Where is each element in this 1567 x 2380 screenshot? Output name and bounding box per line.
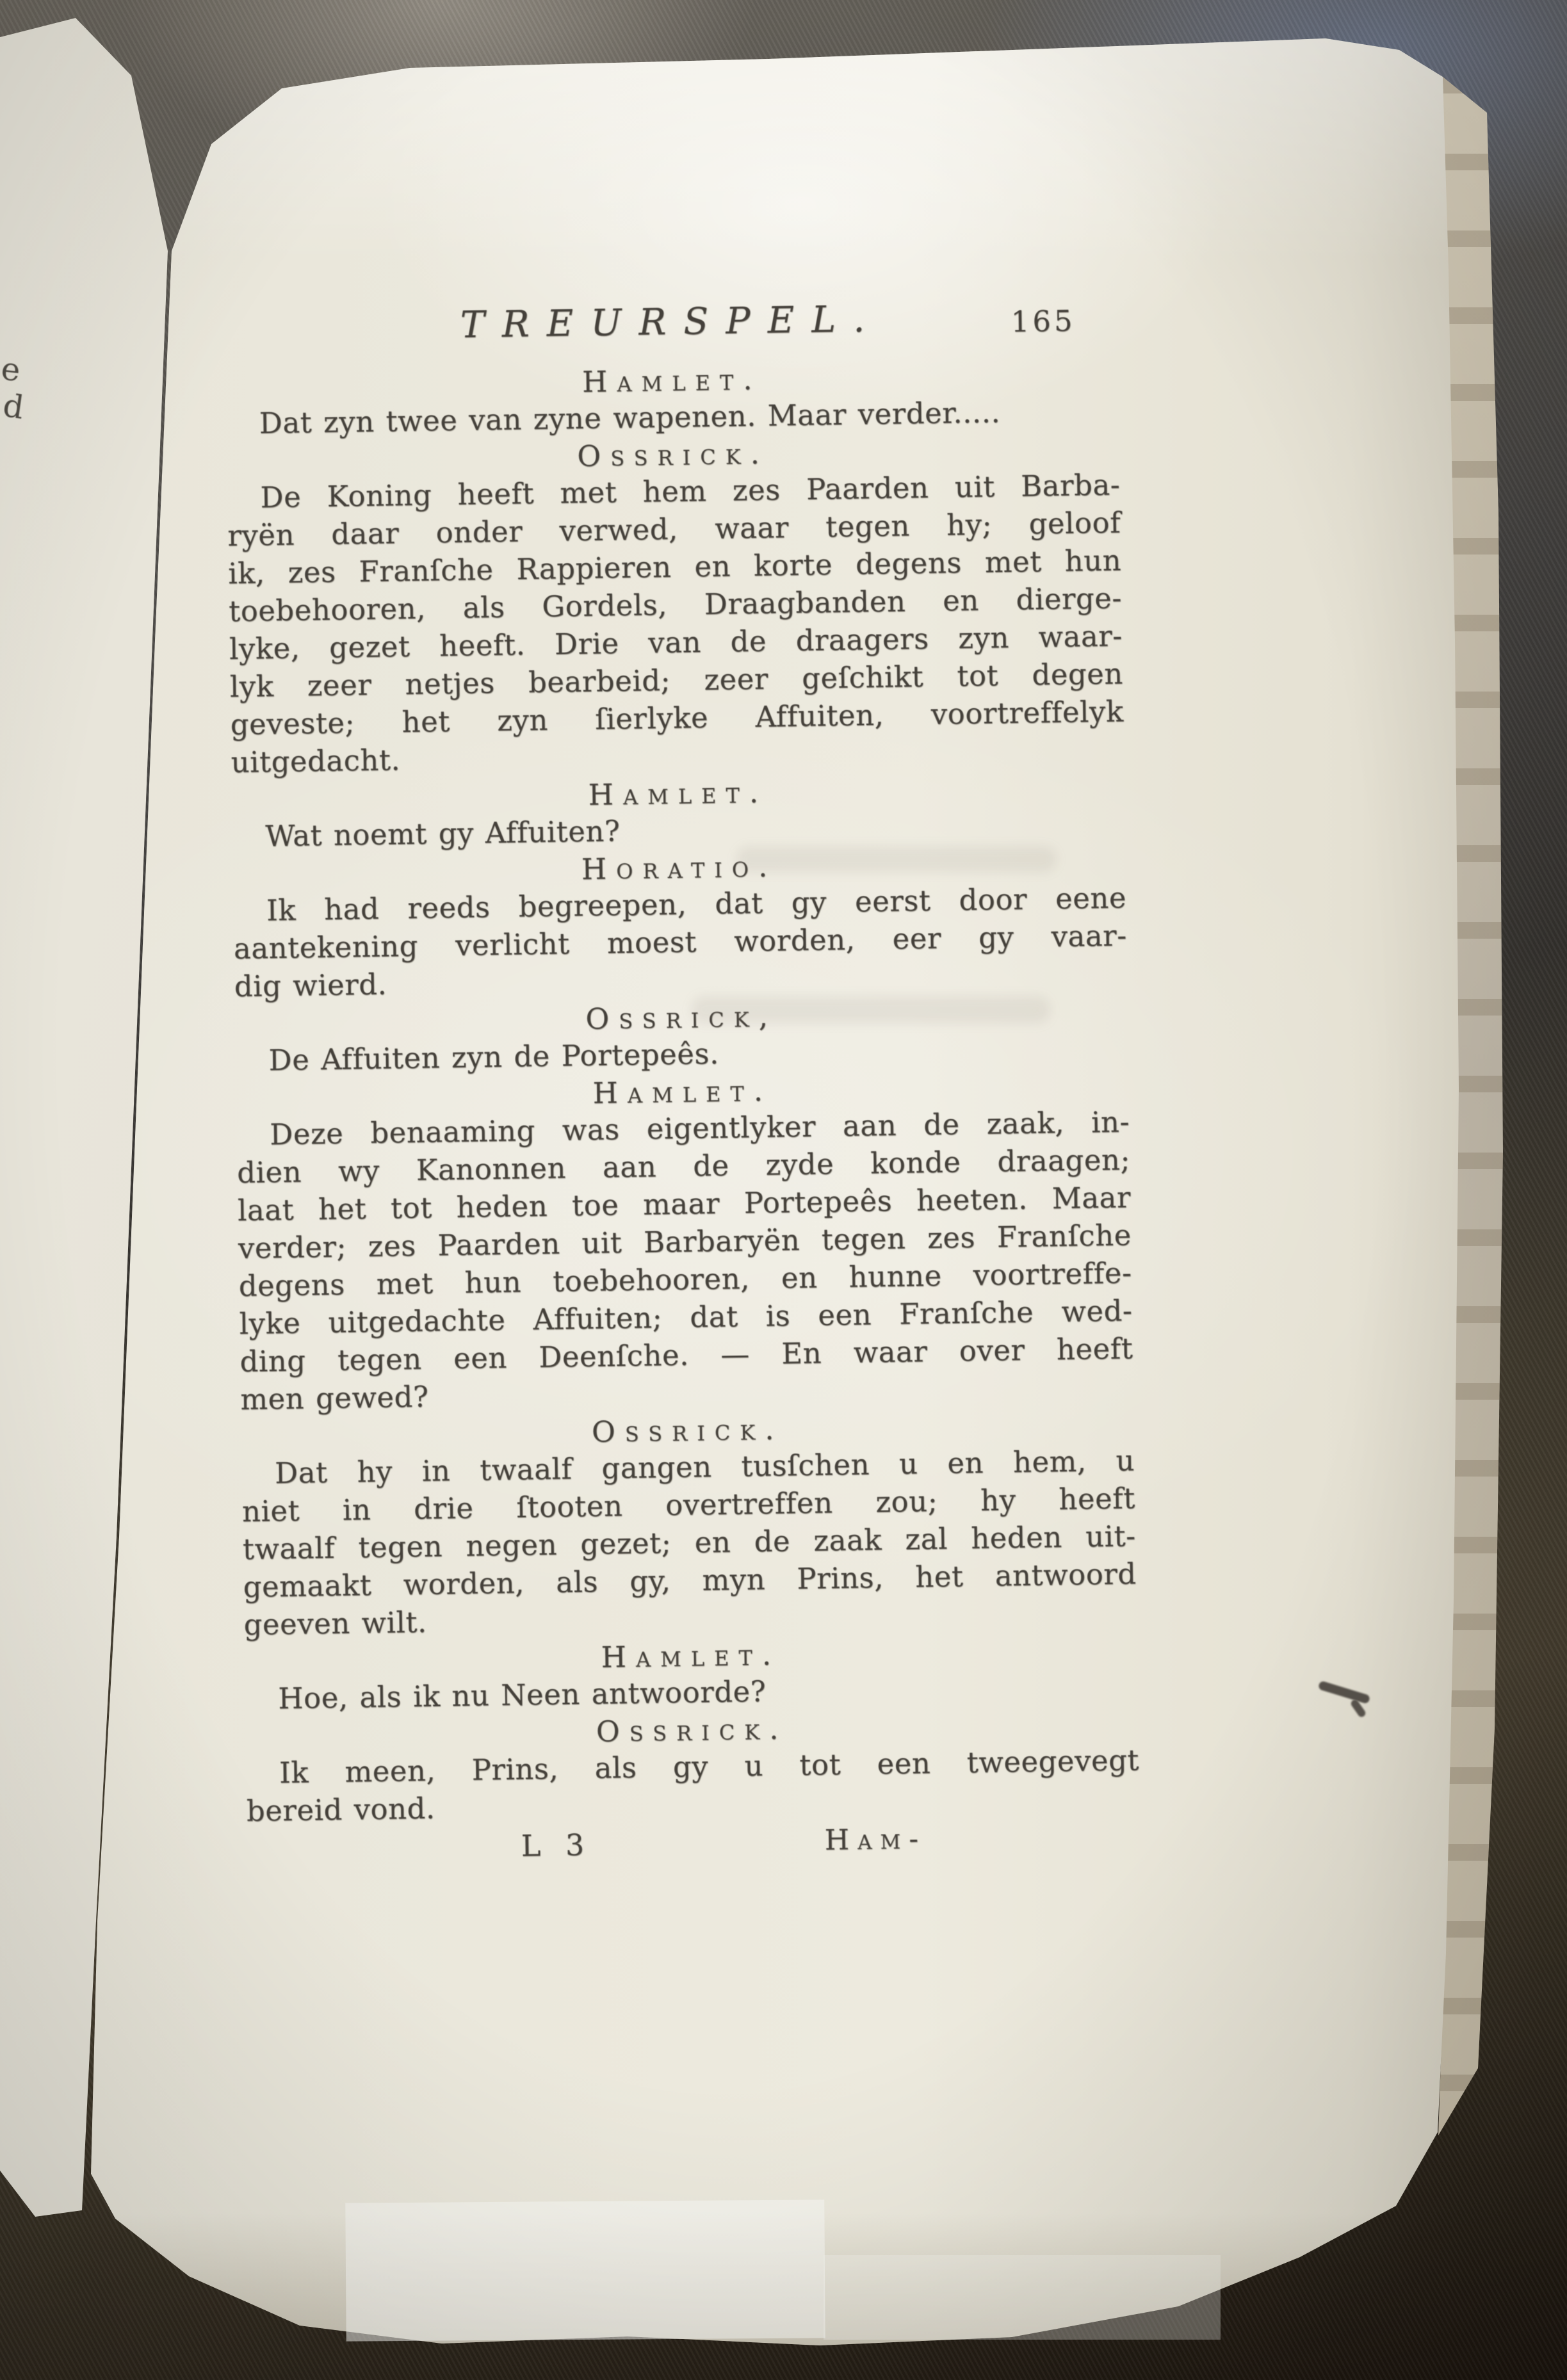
show-through-smudge: [736, 846, 1057, 872]
speech: Hamlet.Hoe, als ik nu Neen antwoorde?: [244, 1632, 1139, 1718]
photo-artifact-patch: [345, 2199, 825, 2341]
speech: Hamlet.Wat noemt gy Affuiten?: [231, 770, 1126, 855]
stray-letter-fragment: e: [0, 350, 22, 389]
catchword: Ham-: [824, 1822, 927, 1856]
signature-mark: L 3: [521, 1827, 592, 1863]
speech: Hamlet.Deze benaaming was eigentlyker aa…: [236, 1068, 1134, 1418]
speech: Ossrick.Ik meen, Prins, als gy u tot een…: [245, 1706, 1140, 1830]
printed-text-block: TREURSPEL. 165 Hamlet.Dat zyn twee van z…: [224, 293, 1141, 1875]
dialogue-column: Hamlet.Dat zyn twee van zyne wapenen. Ma…: [225, 357, 1141, 1830]
page-number: 165: [1011, 304, 1076, 339]
speech: Ossrick.Dat hy in twaalf gangen tusſchen…: [241, 1407, 1137, 1644]
page-title: TREURSPEL.: [460, 298, 882, 346]
photo-artifact-patch: [824, 2255, 1221, 2340]
speech: Ossrick.De Koning heeft met hem zes Paar…: [226, 432, 1125, 782]
book-photo: { "page": { "header": { "title": "TREURS…: [0, 0, 1567, 2380]
show-through-smudge: [692, 996, 1050, 1023]
speech: Hamlet.Dat zyn twee van zyne wapenen. Ma…: [225, 357, 1120, 443]
